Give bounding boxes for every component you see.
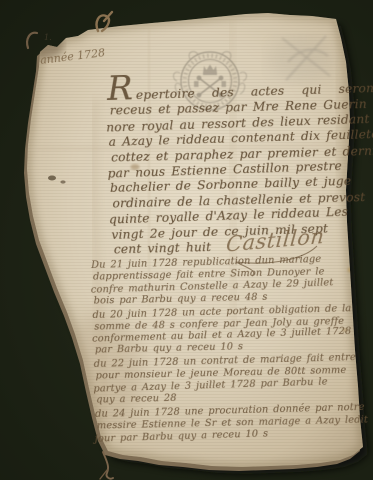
register-entry: Du 21 juin 1728 republication dun mariag… [91,253,348,307]
register-entry: du 20 juin 1728 un acte portant obligati… [92,303,349,357]
archival-scan: 1. année 1728 Repertoire des actes qui s… [0,0,373,480]
register-entry: du 22 juin 1728 un contrat de mariage fa… [94,353,351,407]
register-entry: du 24 juin 1728 une procuration donnée p… [95,402,352,444]
folio-mark: 1. [44,33,52,42]
register-entries: Du 21 juin 1728 republication dun mariag… [91,253,352,444]
